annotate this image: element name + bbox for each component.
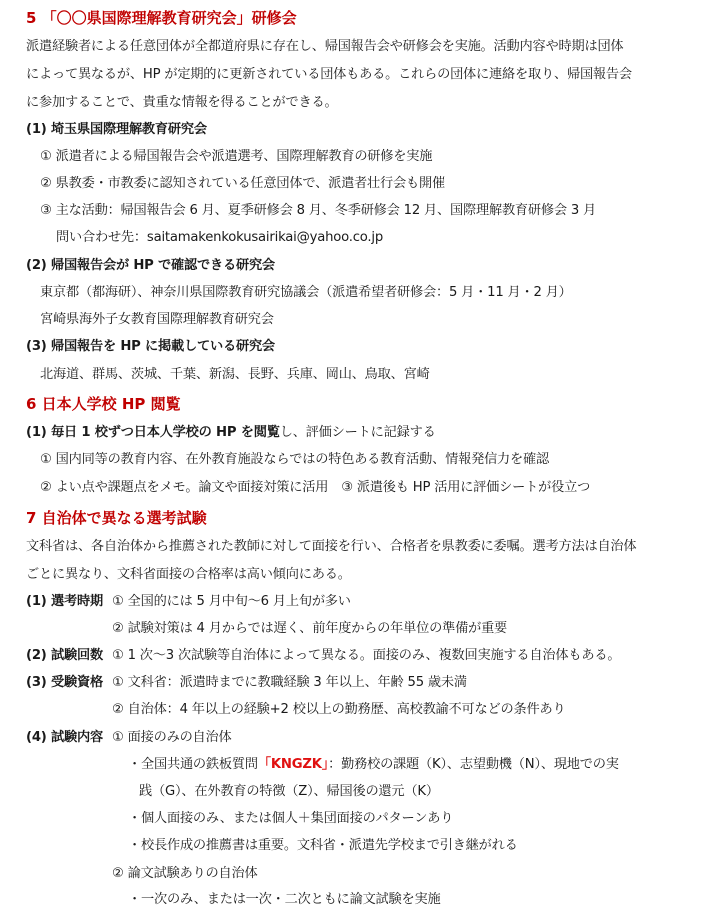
list-line: 北海道、群馬、茨城、千葉、新潟、長野、兵庫、岡山、鳥取、宮崎 [40,366,430,384]
bullet-text: ・全国共通の鉄板質問 [128,757,258,772]
section-5-intro-line-3: に参加することで、貴重な情報を得ることができる。 [26,94,337,112]
bullet-continuation: 践（G）、在外教育の特徴（Z）、帰国後の還元（K） [139,783,439,801]
sub-label-eligibility: (3) 受験資格 [26,674,103,692]
list-item: ② 論文試験ありの自治体 [112,865,258,883]
bullet-text: ：勤務校の課題（K）、志望動機（N）、現地での実 [328,757,619,772]
sub-heading-report-published: (3) 帰国報告を HP に掲載している研究会 [26,338,275,356]
sub-heading-daily-hp: (1) 毎日 1 校ずつ日本人学校の HP を閲覧し、評価シートに記録する [26,424,436,442]
list-item: ① 文科省：派遣時までに教職経験 3 年以上、年齢 55 歳未満 [112,674,467,692]
list-line: 宮崎県海外子女教育国際理解教育研究会 [40,311,274,329]
section-7-intro-line-2: ごとに異なり、文科省面接の合格率は高い傾向にある。 [26,566,351,584]
section-7-intro-line-1: 文科省は、各自治体から推薦された教師に対して面接を行い、合格者を県教委に委嘱。選… [26,538,636,556]
list-item: ② 県教委・市教委に認知されている任意団体で、派遣者壮行会も開催 [40,175,445,193]
sub-label-rounds: (2) 試験回数 [26,647,103,665]
sub-heading-report-hp: (2) 帰国報告会が HP で確認できる研究会 [26,257,275,275]
sub-heading-saitama: (1) 埼玉県国際理解教育研究会 [26,121,207,139]
bullet-item: ・一次のみ、または一次・二次ともに論文試験を実施 [128,891,441,909]
list-item: ② よい点や課題点をメモ。論文や面接対策に活用 ③ 派遣後も HP 活用に評価シ… [40,479,590,497]
bullet-kngzk: ・全国共通の鉄板質問「KNGZK」：勤務校の課題（K）、志望動機（N）、現地での… [128,756,619,774]
list-item: ① 1 次～3 次試験等自治体によって異なる。面接のみ、複数回実施する自治体もあ… [112,647,620,665]
list-item: ① 国内同等の教育内容、在外教育施設ならではの特色ある教育活動、情報発信力を確認 [40,451,549,469]
section-6-heading: 6 日本人学校 HP 閲覧 [26,395,181,413]
section-5-heading: 5 「〇〇県国際理解教育研究会」研修会 [26,9,297,27]
list-item: ② 試験対策は 4 月からでは遅く、前年度からの年単位の準備が重要 [112,620,507,638]
list-item: ② 自治体：4 年以上の経験+2 校以上の勤務歴、高校教諭不可などの条件あり [112,701,565,719]
section-5-intro-line-1: 派遣経験者による任意団体が全都道府県に存在し、帰国報告会や研修会を実施。活動内容… [26,38,623,56]
list-line: 東京都（都海研）、神奈川県国際教育研究協議会（派遣希望者研修会：5 月・11 月… [40,284,572,302]
list-item: ③ 主な活動：帰国報告会 6 月、夏季研修会 8 月、冬季研修会 12 月、国際… [40,202,596,220]
list-item: ① 全国的には 5 月中旬～6 月上旬が多い [112,593,351,611]
bullet-item: ・校長作成の推薦書は重要。文科省・派遣先学校まで引き継がれる [128,837,518,855]
section-7-heading: 7 自治体で異なる選考試験 [26,509,207,527]
sub-label-timing: (1) 選考時期 [26,593,103,611]
section-5-intro-line-2: によって異なるが、HP が定期的に更新されている団体もある。これらの団体に連絡を… [26,66,632,84]
contact-email: 問い合わせ先：saitamakenkokusairikai@yahoo.co.j… [56,229,383,247]
list-item: ① 派遣者による帰国報告会や派遣選考、国際理解教育の研修を実施 [40,148,432,166]
sub-heading-bold: (1) 毎日 1 校ずつ日本人学校の HP を閲覧 [26,425,280,440]
list-item: ① 面接のみの自治体 [112,729,232,747]
sub-label-content: (4) 試験内容 [26,729,103,747]
kngzk-keyword: 「KNGZK」 [258,757,328,772]
sub-heading-rest: し、評価シートに記録する [280,425,436,440]
bullet-item: ・個人面接のみ、または個人＋集団面接のパターンあり [128,810,453,828]
